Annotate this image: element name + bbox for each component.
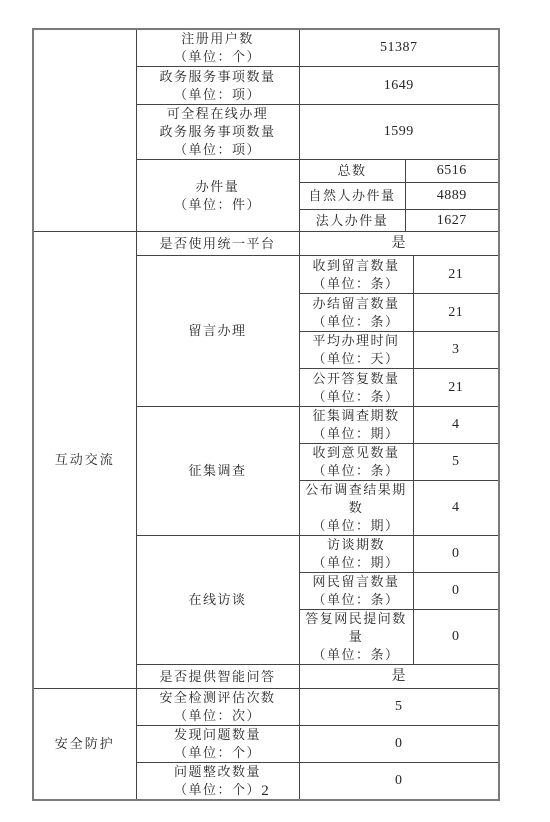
metric-value-cell: 21 [413,256,499,294]
metric-sublabel-cell: 平均办理时间 （单位：天） [299,332,413,369]
metric-label-cell: 政务服务事项数量 （单位：项） [136,67,299,105]
metric-value-cell: 0 [413,536,499,573]
metric-sublabel-cell: 访谈期数 （单位：期） [299,536,413,573]
metric-sublabel-cell: 征集调查期数 （单位：期） [299,407,413,444]
metric-label-cell: 安全检测评估次数 （单位：次） [136,689,299,726]
metric-sublabel-cell: 法人办件量 [299,210,405,232]
metric-value-cell: 0 [299,726,499,763]
metric-value-cell: 4 [413,481,499,536]
metric-value-cell: 0 [413,610,499,665]
group-label-cell: 在线访谈 [136,536,299,665]
metric-value-cell: 21 [413,369,499,407]
metric-value-cell: 21 [413,294,499,332]
metric-value-cell: 4 [413,407,499,444]
metric-label-cell: 发现问题数量 （单位：个） [136,726,299,763]
metric-value-cell: 4889 [405,183,499,210]
metric-label-cell: 是否使用统一平台 [136,232,299,256]
group-label-cell: 留言办理 [136,256,299,407]
metric-label-cell: 注册用户数 （单位：个） [136,29,299,67]
group-label-cell: 办件量 （单位：件） [136,160,299,232]
metric-sublabel-cell: 答复网民提问数量 （单位：条） [299,610,413,665]
metric-value-cell: 5 [299,689,499,726]
metric-value-cell: 1599 [299,105,499,160]
metric-value-cell: 是 [299,232,499,256]
metric-sublabel-cell: 自然人办件量 [299,183,405,210]
metric-sublabel-cell: 公布调查结果期数 （单位：期） [299,481,413,536]
metric-value-cell: 1627 [405,210,499,232]
metric-value-cell: 3 [413,332,499,369]
metric-value-cell: 0 [413,573,499,610]
metric-sublabel-cell: 收到留言数量 （单位：条） [299,256,413,294]
page-number: 2 [32,783,498,800]
group-label-cell: 征集调查 [136,407,299,536]
category-cell-empty [33,29,136,232]
gov-service-report-table: 注册用户数 （单位：个） 51387 政务服务事项数量 （单位：项） 1649 … [32,28,500,801]
metric-value-cell: 5 [413,444,499,481]
metric-value-cell: 6516 [405,160,499,183]
metric-sublabel-cell: 公开答复数量 （单位：条） [299,369,413,407]
metric-label-cell: 可全程在线办理 政务服务事项数量 （单位：项） [136,105,299,160]
metric-sublabel-cell: 收到意见数量 （单位：条） [299,444,413,481]
metric-sublabel-cell: 总数 [299,160,405,183]
document-page: 注册用户数 （单位：个） 51387 政务服务事项数量 （单位：项） 1649 … [0,0,550,822]
metric-value-cell: 1649 [299,67,499,105]
metric-value-cell: 是 [299,665,499,689]
metric-sublabel-cell: 办结留言数量 （单位：条） [299,294,413,332]
metric-value-cell: 51387 [299,29,499,67]
category-cell-interaction: 互动交流 [33,232,136,689]
metric-sublabel-cell: 网民留言数量 （单位：条） [299,573,413,610]
metric-label-cell: 是否提供智能问答 [136,665,299,689]
